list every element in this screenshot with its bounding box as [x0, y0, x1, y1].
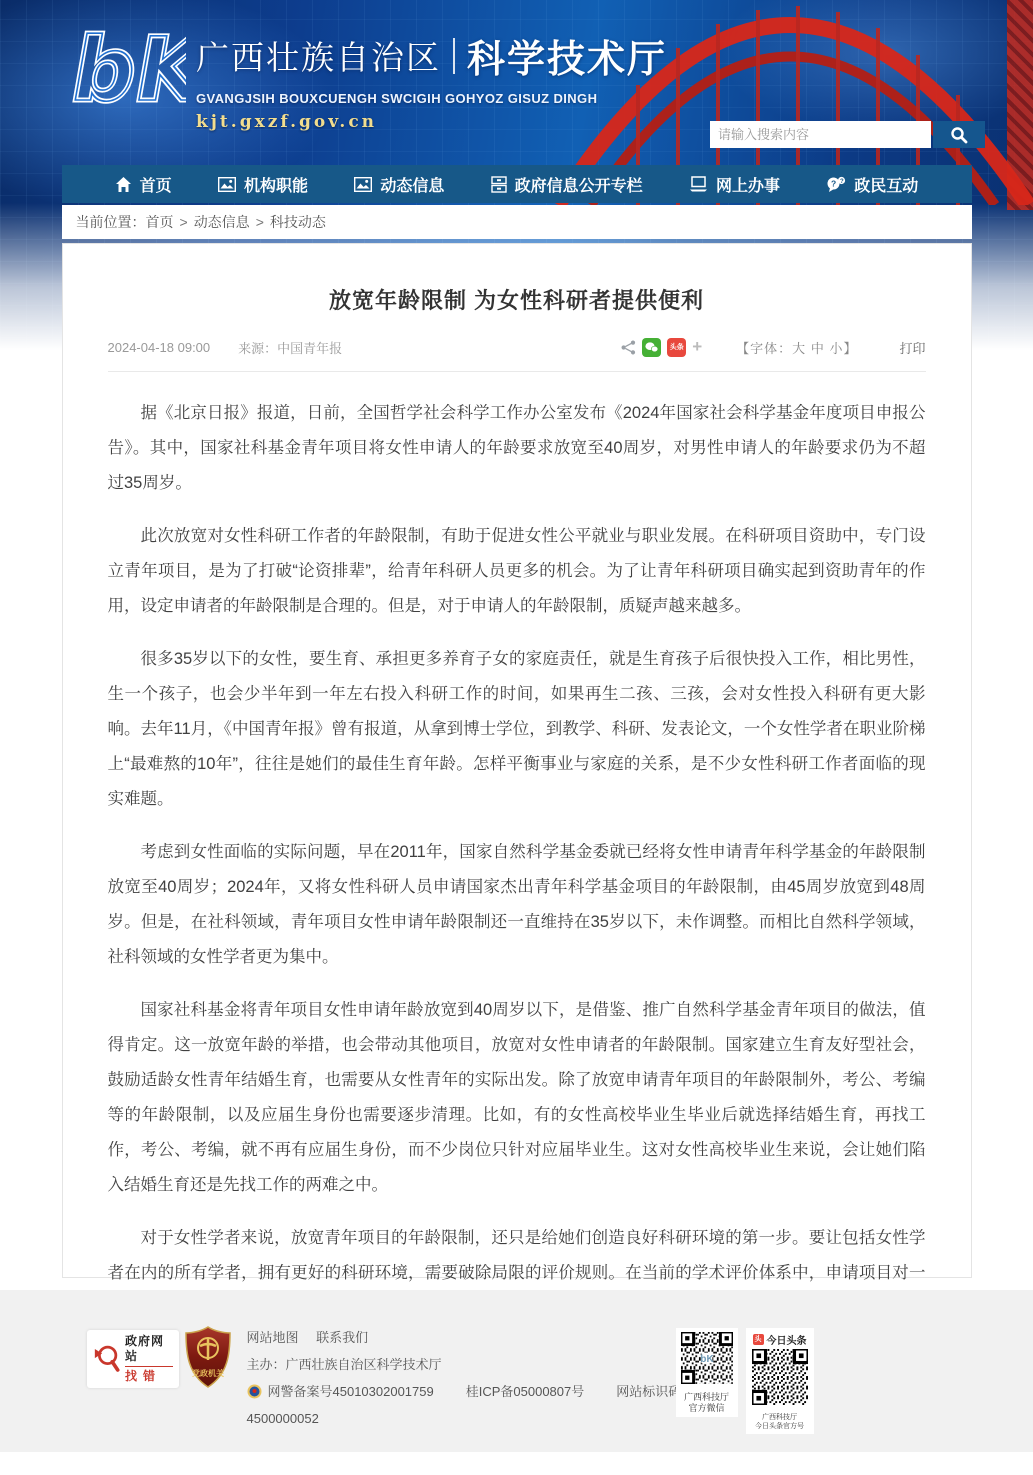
footer-links: 网站地图 联系我们 — [247, 1324, 695, 1351]
breadcrumb-prefix: 当前位置： — [76, 212, 146, 232]
site-logo: bK bK — [64, 20, 186, 122]
footer-host: 主办：广西壮族自治区科学技术厅 — [247, 1351, 695, 1378]
nav-label: 动态信息 — [380, 173, 444, 196]
news-icon — [354, 177, 372, 192]
share-group: 头条 + — [621, 337, 702, 357]
article-container: 放宽年龄限制 为女性科研者提供便利 2024-04-18 09:00 来源：中国… — [62, 243, 972, 1278]
home-icon — [115, 176, 132, 193]
meta-divider — [108, 371, 926, 372]
wechat-qr-block: bK 广西科技厅 官方微信 — [676, 1328, 738, 1417]
toutiao-qr-block: 头条 今日头条 — [746, 1328, 814, 1434]
site-brand: 广西壮族自治区 科学技术厅 GVANGJSIH BOUXCUENGH SWCIG… — [196, 28, 667, 132]
site-url: kjt.gxzf.gov.cn — [196, 112, 667, 132]
police-record-link[interactable]: 网警备案号45010302001759 — [268, 1378, 434, 1405]
police-badge-icon — [247, 1384, 262, 1399]
breadcrumb-separator: > — [180, 214, 188, 230]
paragraph: 国家社科基金将青年项目女性申请年龄放宽到40周岁以下，是借鉴、推广自然科学基金青… — [108, 993, 926, 1203]
icp-record-link[interactable]: 桂ICP备05000807号 — [466, 1378, 585, 1405]
search-icon — [950, 126, 968, 144]
article-meta: 2024-04-18 09:00 来源：中国青年报 头条 — [108, 337, 926, 357]
paragraph: 据《北京日报》报道，日前，全国哲学社会科学工作办公室发布《2024年国家社会科学… — [108, 396, 926, 501]
font-size-small[interactable]: 小 — [829, 341, 843, 356]
nav-item-news[interactable]: 动态信息 — [354, 173, 444, 196]
paragraph: 很多35岁以下的女性，要生育、承担更多养育子女的家庭责任，就是生育孩子后很快投入… — [108, 642, 926, 817]
nav-label: 政民互动 — [854, 173, 918, 196]
site-name-department: 科学技术厅 — [467, 28, 667, 83]
site-name-region: 广西壮族自治区 — [196, 32, 441, 79]
font-label-close: 】 — [843, 341, 857, 356]
find-error-line1: 政府网站 — [125, 1334, 173, 1367]
main-nav: 首页 机构职能 动态信息 政府信息公开专栏 网上办事 — [62, 165, 972, 203]
nav-label: 网上办事 — [716, 173, 780, 196]
share-icon[interactable] — [621, 340, 636, 355]
gov-info-icon — [491, 176, 507, 193]
search-input[interactable] — [710, 121, 931, 148]
article-source: 来源：中国青年报 — [238, 338, 342, 357]
search-bar — [710, 121, 985, 148]
nav-item-interaction[interactable]: ? ? 政民互动 — [826, 173, 918, 196]
breadcrumb-home[interactable]: 首页 — [146, 212, 174, 232]
breadcrumb-news[interactable]: 动态信息 — [194, 212, 250, 232]
site-name-zhuang: GVANGJSIH BOUXCUENGH SWCIGIH GOHYOZ GISU… — [196, 91, 667, 106]
article-title: 放宽年龄限制 为女性科研者提供便利 — [108, 284, 926, 315]
svg-text:?: ? — [840, 179, 844, 185]
contact-link[interactable]: 联系我们 — [316, 1330, 368, 1345]
find-error-magnifier-icon — [93, 1342, 120, 1376]
toutiao-icon: 头条 — [753, 1334, 764, 1345]
svg-text:党政机关: 党政机关 — [192, 1368, 224, 1378]
nav-item-online-services[interactable]: 网上办事 — [689, 173, 780, 196]
site-header: bK bK 广西壮族自治区 科学技术厅 GVANGJSIH BOUXCUENGH… — [0, 0, 1033, 165]
font-size-control: 【字体：大 中 小】 — [736, 338, 857, 357]
org-icon — [218, 177, 236, 192]
nav-label: 首页 — [140, 173, 172, 196]
nav-label: 政府信息公开专栏 — [515, 173, 643, 196]
article-date: 2024-04-18 09:00 — [108, 340, 211, 355]
nav-item-home[interactable]: 首页 — [115, 173, 172, 196]
paragraph: 考虑到女性面临的实际问题，早在2011年，国家自然科学基金委就已经将女性申请青年… — [108, 835, 926, 975]
print-button[interactable]: 打印 — [899, 338, 925, 357]
wechat-share-icon[interactable] — [642, 338, 661, 357]
font-label-open: 【字体： — [736, 341, 792, 356]
wechat-qr-code: bK — [681, 1332, 733, 1384]
wechat-qr-caption: 广西科技厅 官方微信 — [681, 1392, 733, 1414]
sitemap-link[interactable]: 网站地图 — [247, 1330, 299, 1345]
find-error-line2: 找错 — [125, 1367, 173, 1384]
toutiao-qr-caption: 广西科技厅 今日头条官方号 — [751, 1413, 809, 1431]
toutiao-qr-code — [752, 1349, 808, 1405]
toutiao-qr-header: 今日头条 — [767, 1332, 807, 1347]
font-size-large[interactable]: 大 — [792, 341, 806, 356]
more-share-icon[interactable]: + — [692, 337, 702, 357]
toutiao-share-icon[interactable]: 头条 — [667, 338, 686, 357]
page-footer: 政府网站 找错 党政机关 网站地图 联系我们 主办：广西壮族自治区科学技术厅 — [0, 1290, 1033, 1452]
brand-divider — [453, 38, 455, 74]
online-service-icon — [689, 176, 708, 192]
paragraph: 此次放宽对女性科研工作者的年龄限制，有助于促进女性公平就业与职业发展。在科研项目… — [108, 519, 926, 624]
search-button[interactable] — [933, 121, 985, 148]
article-body: 据《北京日报》报道，日前，全国哲学社会科学工作办公室发布《2024年国家社会科学… — [108, 396, 926, 1396]
breadcrumb-current[interactable]: 科技动态 — [270, 212, 326, 232]
nav-item-org-functions[interactable]: 机构职能 — [218, 173, 308, 196]
gov-site-find-error-badge[interactable]: 政府网站 找错 — [87, 1330, 179, 1388]
interaction-icon: ? ? — [826, 176, 846, 193]
nav-label: 机构职能 — [244, 173, 308, 196]
svg-text:bK: bK — [700, 1354, 714, 1365]
breadcrumb-separator: > — [256, 214, 264, 230]
nav-item-gov-info[interactable]: 政府信息公开专栏 — [491, 173, 643, 196]
footer-info: 网站地图 联系我们 主办：广西壮族自治区科学技术厅 网警备案号450103020… — [247, 1324, 695, 1432]
svg-text:?: ? — [831, 178, 836, 188]
wechat-bubbles — [645, 342, 658, 353]
party-gov-shield-badge[interactable]: 党政机关 — [184, 1326, 232, 1388]
site-id-value: 4500000052 — [247, 1405, 695, 1432]
font-size-medium[interactable]: 中 — [811, 341, 825, 356]
svg-text:bK: bK — [64, 20, 186, 121]
breadcrumb: 当前位置： 首页 > 动态信息 > 科技动态 — [62, 205, 972, 239]
